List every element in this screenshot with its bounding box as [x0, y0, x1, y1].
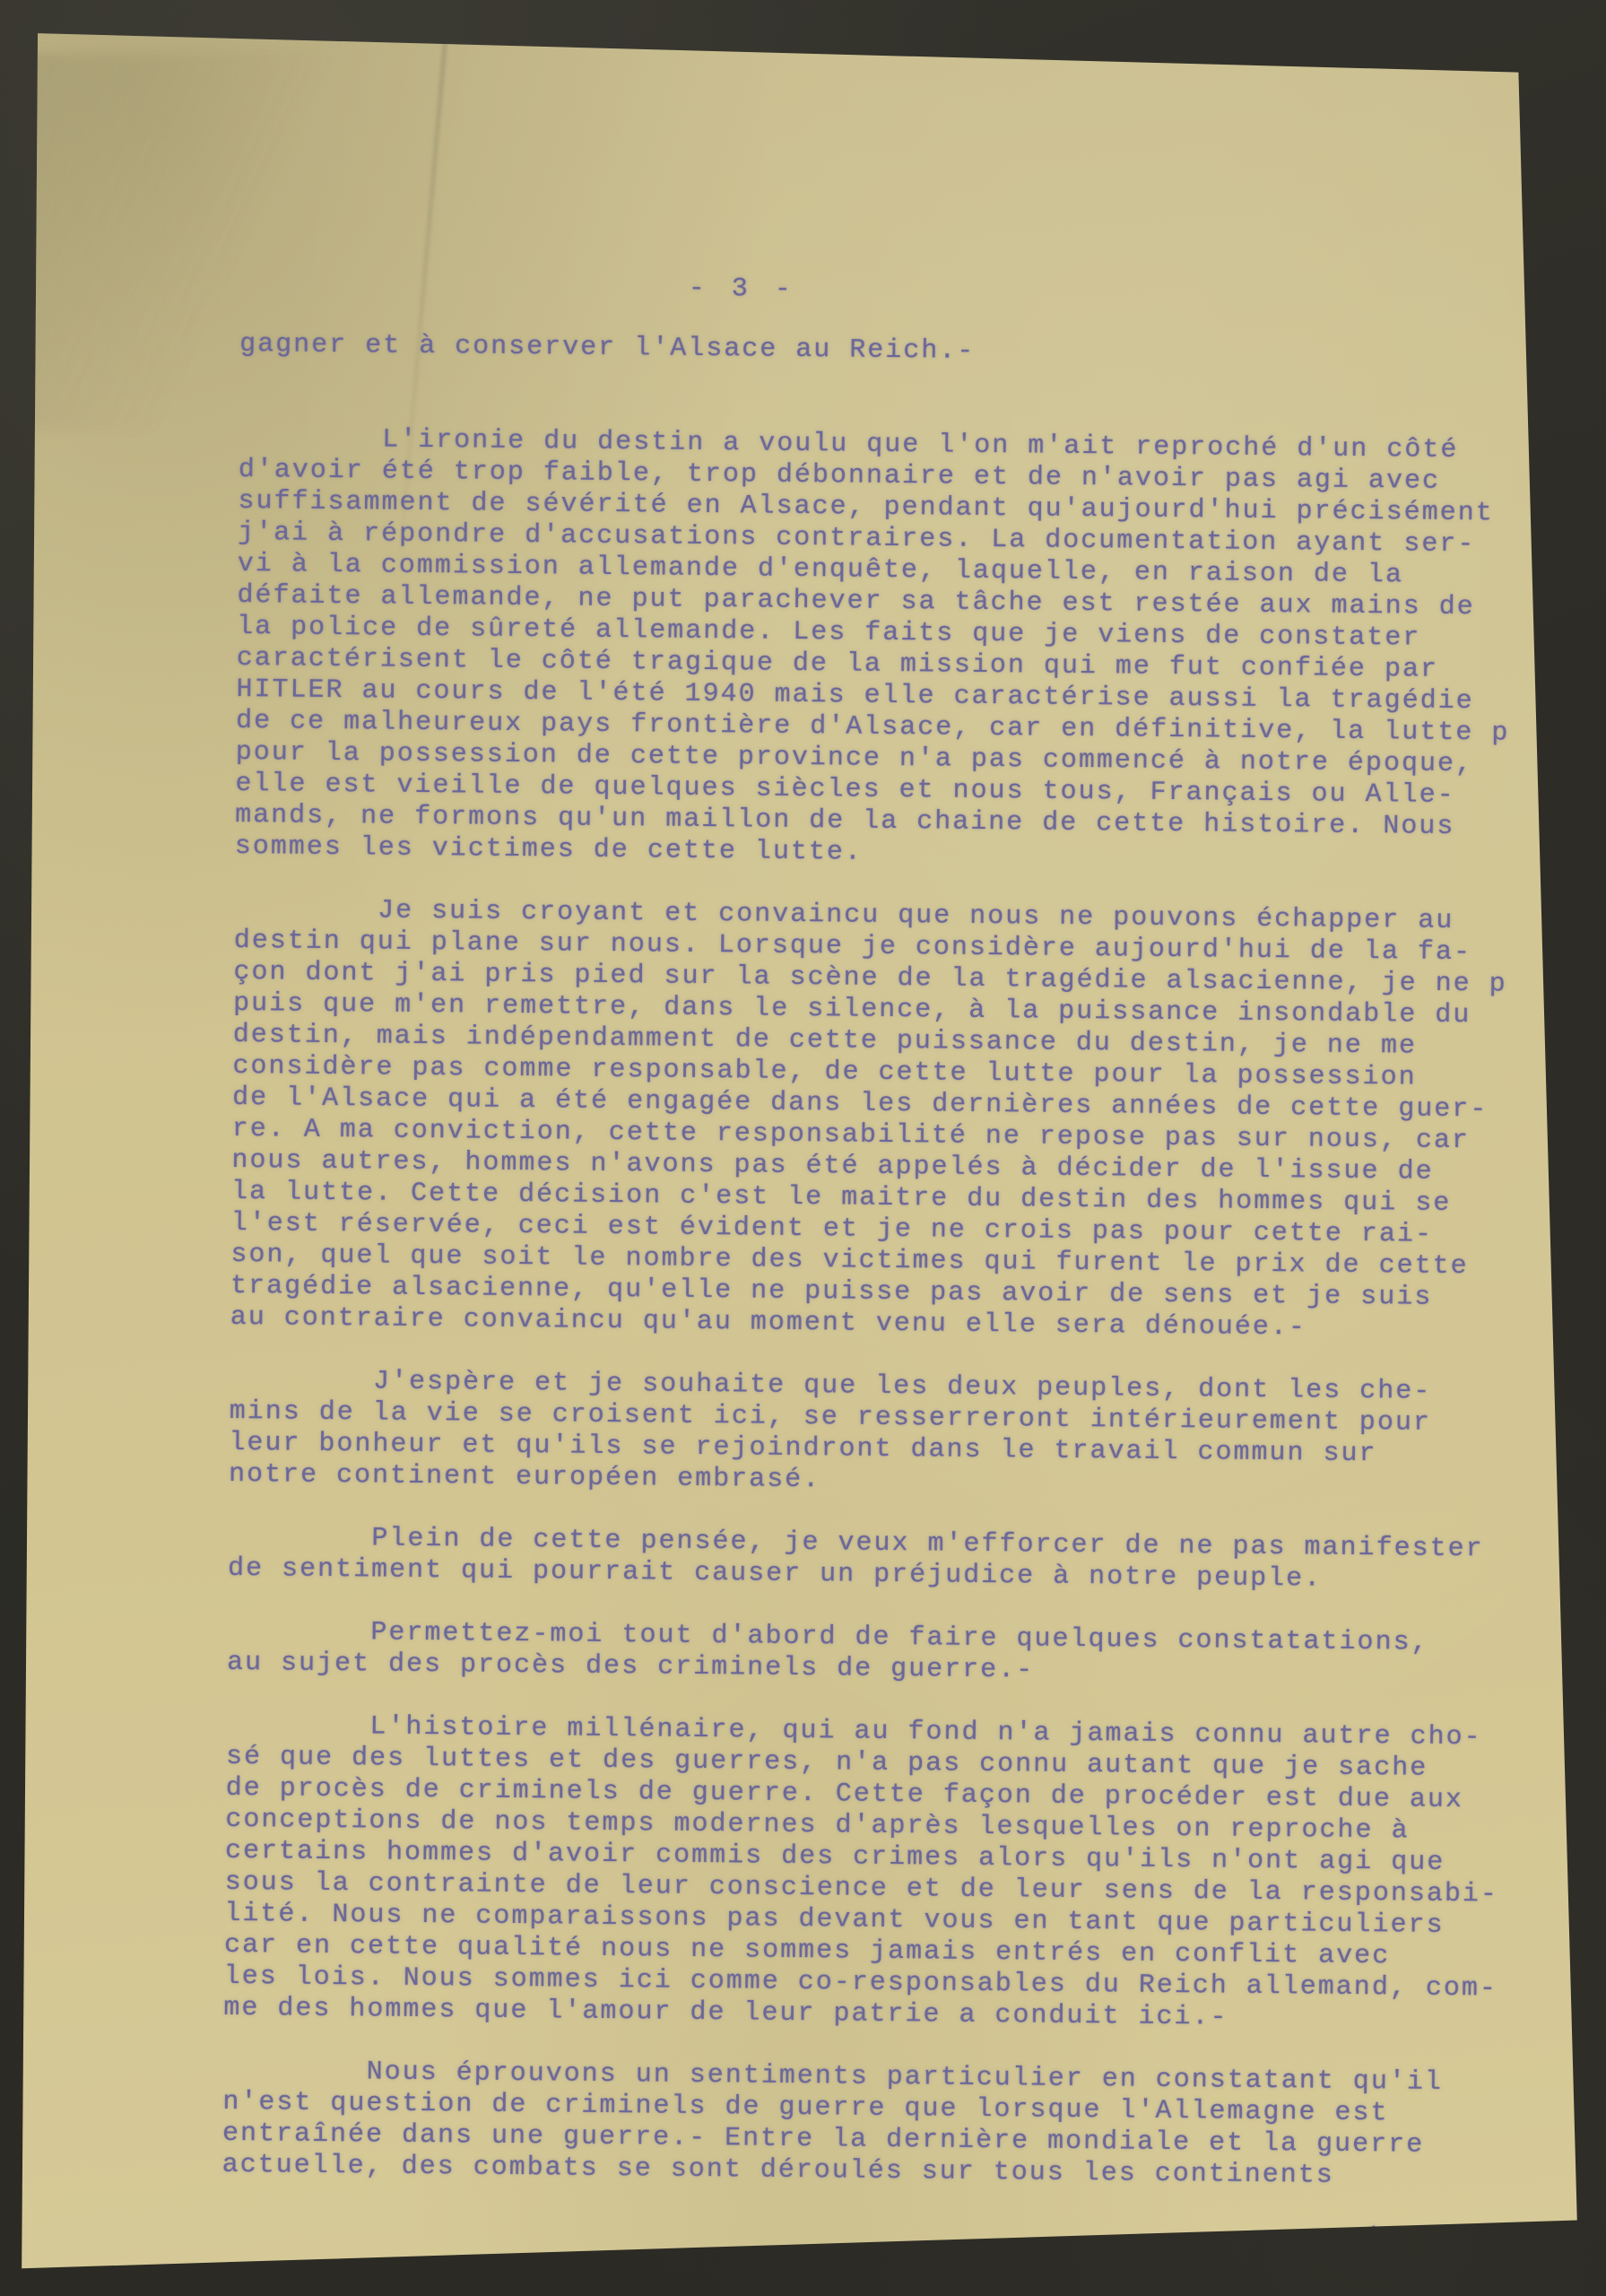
page-number: - 3 -: [689, 274, 1567, 313]
document-page: - 3 - gagner et à conserver l'Alsace au …: [0, 0, 1606, 2296]
typescript-text: - 3 - gagner et à conserver l'Alsace au …: [221, 269, 1567, 2257]
paragraphs-container: L'ironie du destin a voulu que l'on m'ai…: [222, 423, 1567, 2194]
typed-paragraph: J'espère et je souhaite que les deux peu…: [229, 1365, 1557, 1503]
typed-paragraph: Je suis croyant et convaincu que nous ne…: [230, 894, 1562, 1346]
typed-paragraph: Plein de cette pensée, je veux m'efforce…: [228, 1522, 1556, 1597]
continuation-line: gagner et à conserver l'Alsace au Reich.…: [239, 329, 1567, 373]
photo-backdrop: - 3 - gagner et à conserver l'Alsace au …: [0, 0, 1606, 2296]
typed-paragraph: L'ironie du destin a voulu que l'on m'ai…: [235, 423, 1567, 875]
typed-paragraph: Permettez-moi tout d'abord de faire quel…: [227, 1616, 1555, 1692]
typed-paragraph: Nous éprouvons un sentiments particulier…: [222, 2056, 1550, 2194]
continuation-mark: ...../...: [1262, 2222, 1549, 2257]
typed-paragraph: L'histoire millénaire, qui au fond n'a j…: [223, 1710, 1553, 2037]
